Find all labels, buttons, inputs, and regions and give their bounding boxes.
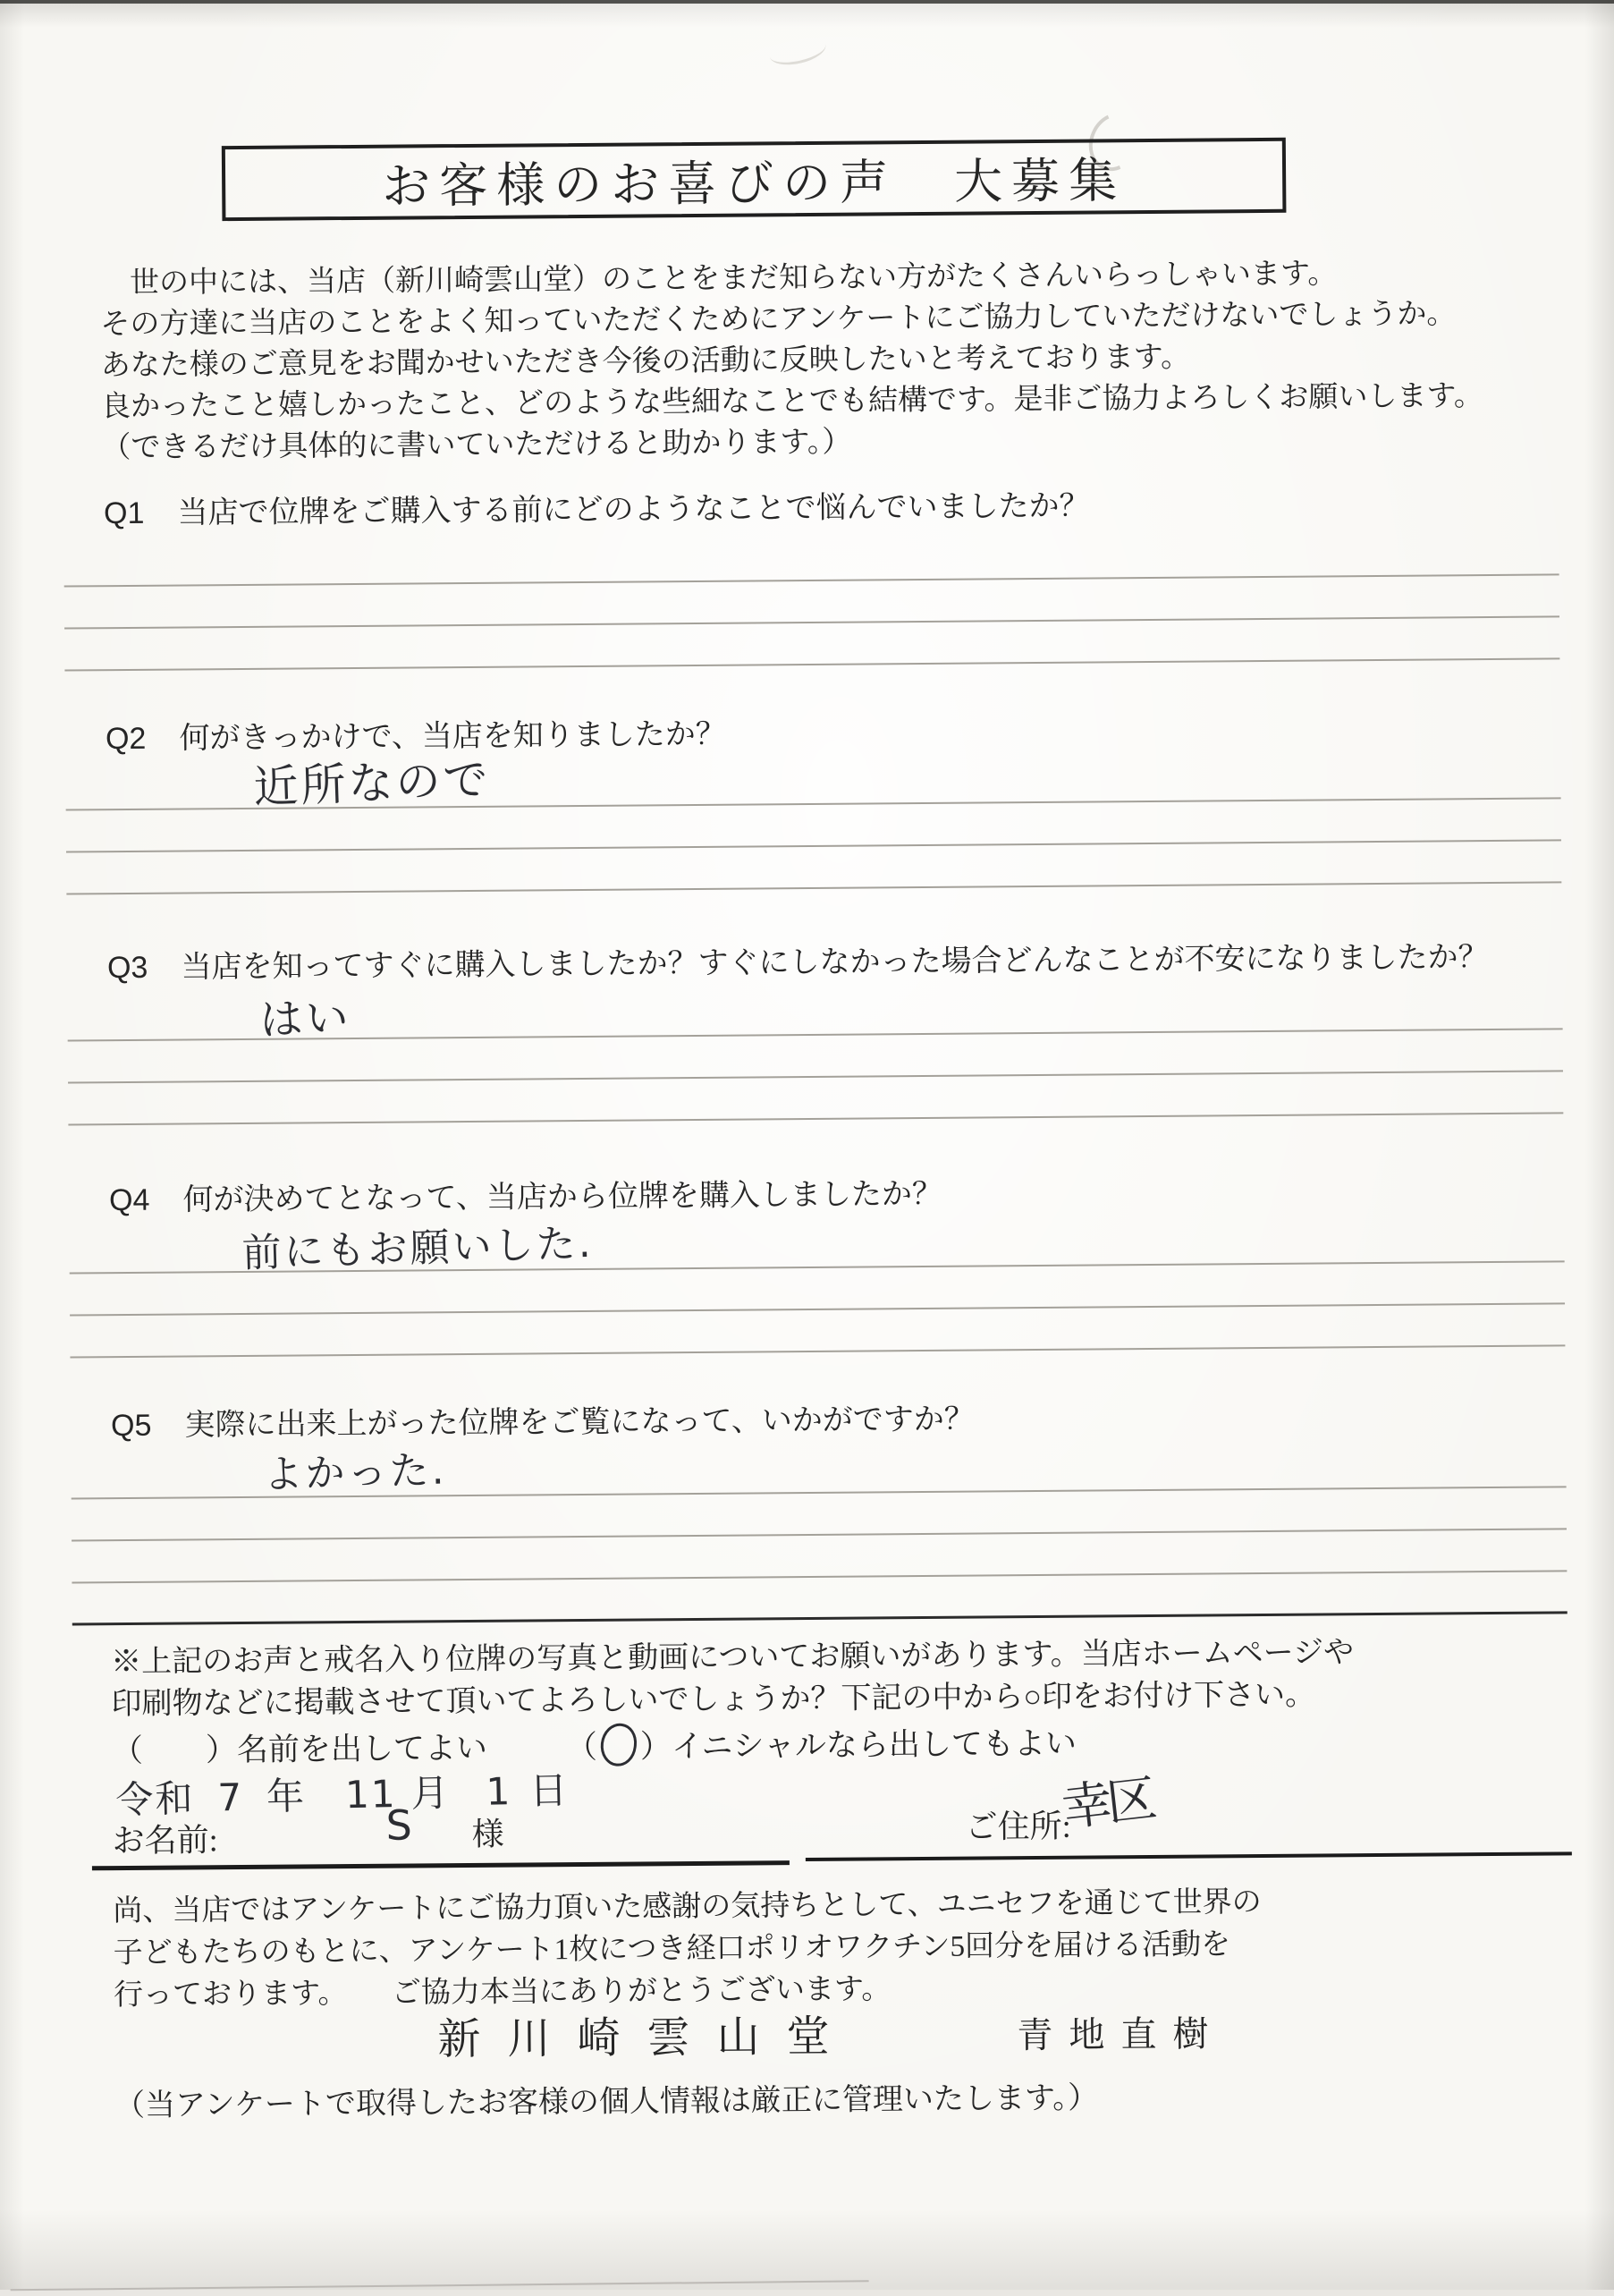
footer-text-line: 子どもたちのもとに、アンケート1枚につき経口ポリオワクチン5回分を届ける活動を [114,1924,1231,1975]
question-number: Q5 [111,1409,177,1445]
survey-title-box: お客様のお喜びの声 大募集 [222,138,1287,221]
person-name: 青地直樹 [1017,2005,1224,2058]
answer-ruled-line [70,1344,1565,1358]
paren: （ [112,1733,143,1768]
question-q3: Q3 当店を知ってすぐに購入しましたか？すぐにしなかった場合どんなことが不安にな… [107,932,1489,987]
paper-curl-mark [767,31,829,69]
consent-option-initial: （）イニシャルなら出してもよい [566,1719,1077,1767]
signature-underline [92,1860,790,1870]
hand-drawn-circle-mark-icon [598,1722,638,1768]
date-year: 7 [217,1775,244,1820]
answer-ruled-line [68,1112,1563,1125]
option-initial-label: イニシャルなら出してもよい [672,1726,1077,1765]
consent-options-row: （ ）名前を出してよい （）イニシャルなら出してもよい [112,1719,1077,1771]
date-day-suffix: 日 [529,1768,570,1813]
signature-underline [806,1851,1572,1861]
scanner-edge-artifact [11,2280,869,2290]
question-number: Q1 [104,496,170,532]
privacy-note: （当アンケートで取得したお客様の個人情報は厳正に管理いたします。） [114,2072,1099,2124]
question-text: 実際に出来上がった位牌をご覧になって、いかがですか？ [184,1403,975,1443]
name-label: お名前: [112,1815,217,1861]
store-name: 新川崎雲山堂 [437,2002,857,2067]
answer-ruled-line [64,615,1559,629]
option-name-label: 名前を出してよい [237,1731,487,1767]
handwritten-answer-q5: よかった. [263,1437,448,1499]
date-year-suffix: 年 [266,1774,307,1818]
handwritten-name-value: S [385,1800,412,1849]
section-separator-line [72,1611,1568,1625]
answer-ruled-line [72,1528,1567,1541]
question-number: Q3 [107,951,173,987]
question-q4: Q4 何が決めてとなって、当店から位牌を購入しましたか？ [109,1169,942,1219]
answer-ruled-line [66,881,1561,894]
blank-space [143,1733,206,1768]
answer-ruled-line [66,839,1561,852]
paren: ） [206,1733,237,1767]
answer-ruled-line [70,1302,1565,1316]
answer-ruled-line [64,573,1559,587]
question-number: Q2 [106,722,172,758]
question-q1: Q1 当店で位牌をご購入する前にどのようなことで悩んでいましたか？ [104,481,1090,533]
question-text: 当店を知ってすぐに購入しましたか？すぐにしなかった場合どんなことが不安になりまし… [181,941,1488,984]
intro-line: （できるだけ具体的に書いていただけると助かります。） [101,422,851,470]
paren: （ [566,1730,597,1765]
address-label: ご住所: [965,1801,1070,1848]
question-text: 当店で位牌をご購入する前にどのようなことで悩んでいましたか？ [177,490,1089,530]
handwritten-address-value: 幸区 [1058,1759,1154,1841]
answer-ruled-line [68,1070,1563,1083]
page-title: お客様のお喜びの声 大募集 [382,142,1127,217]
paren: ） [640,1729,672,1764]
question-number: Q4 [109,1183,175,1219]
date-day: 1 [486,1769,512,1814]
date-month-suffix: 月 [410,1771,451,1816]
answer-ruled-line [64,657,1559,671]
survey-content: お客様のお喜びの声 大募集 世の中には、当店（新川崎雲山堂）のことをまだ知らない… [0,0,1614,2290]
consent-note-line: 印刷物などに掲載させて頂いてよろしいでしょうか？下記の中から○印をお付け下さい。 [111,1675,1315,1726]
scanned-survey-paper: お客様のお喜びの声 大募集 世の中には、当店（新川崎雲山堂）のことをまだ知らない… [0,0,1614,2290]
answer-ruled-line [72,1570,1567,1583]
question-q5: Q5 実際に出来上がった位牌をご覧になって、いかがですか？ [111,1394,975,1445]
honorific-label: 様 [471,1809,503,1855]
